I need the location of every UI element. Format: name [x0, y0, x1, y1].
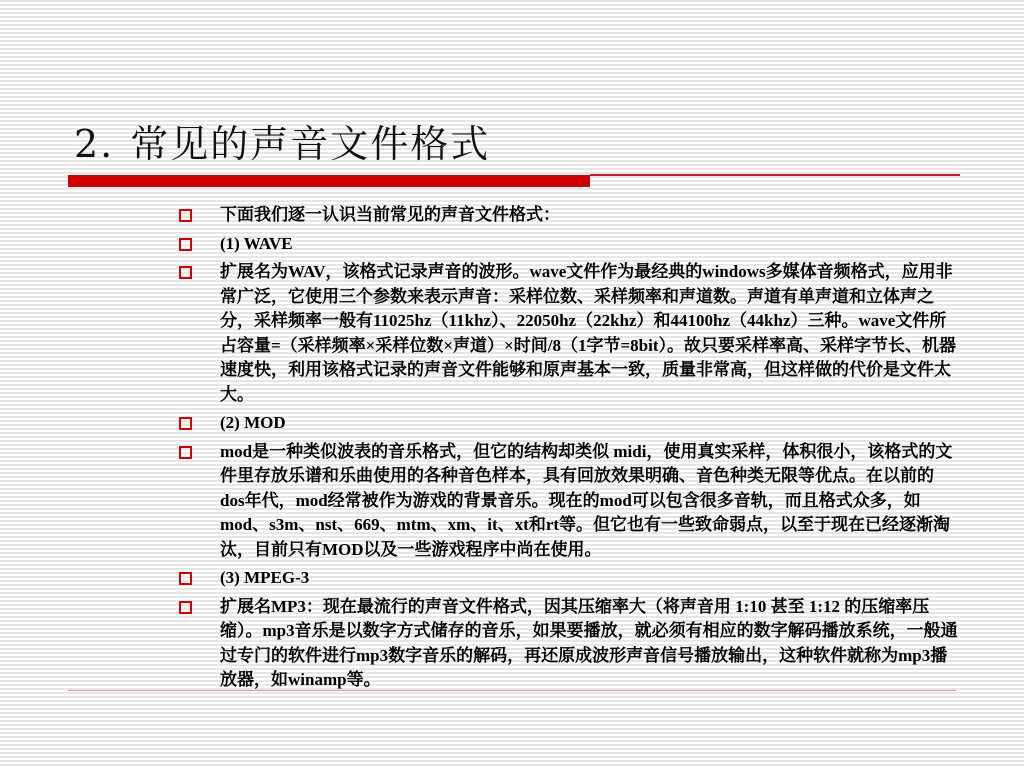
bullet-item-intro: 下面我们逐一认识当前常见的声音文件格式：: [178, 203, 958, 228]
hollow-square-bullet-icon: [179, 601, 192, 614]
bullet-item-mpeg3-heading: (3) MPEG-3: [178, 566, 958, 591]
title-number: 2.: [74, 122, 114, 166]
bullet-item-mod-heading: (2) MOD: [178, 411, 958, 436]
hollow-square-bullet-icon: [179, 446, 192, 459]
hollow-square-bullet-icon: [179, 209, 192, 222]
bullet-text: 扩展名MP3：现在最流行的声音文件格式，因其压缩率大（将声音用 1:10 甚至 …: [220, 595, 958, 693]
bullet-text: 下面我们逐一认识当前常见的声音文件格式：: [220, 203, 958, 228]
slide-title: 2.常见的声音文件格式: [74, 113, 490, 168]
title-accent-line: [590, 174, 960, 176]
hollow-square-bullet-icon: [179, 238, 192, 251]
slide: 2.常见的声音文件格式 下面我们逐一认识当前常见的声音文件格式： (1) WAV…: [0, 0, 1024, 768]
bullet-item-wave-description: 扩展名为WAV，该格式记录声音的波形。wave文件作为最经典的windows多媒…: [178, 260, 958, 407]
bullet-text: (1) WAVE: [220, 232, 958, 257]
hollow-square-bullet-icon: [179, 266, 192, 279]
title-accent-bar: [68, 175, 590, 187]
hollow-square-bullet-icon: [179, 417, 192, 430]
bullet-item-mod-description: mod是一种类似波表的音乐格式，但它的结构却类似 midi，使用真实采样，体积很…: [178, 440, 958, 563]
bullet-text: mod是一种类似波表的音乐格式，但它的结构却类似 midi，使用真实采样，体积很…: [220, 440, 958, 563]
bullet-text: (2) MOD: [220, 411, 958, 436]
bullet-text: 扩展名为WAV，该格式记录声音的波形。wave文件作为最经典的windows多媒…: [220, 260, 958, 407]
bullet-text: (3) MPEG-3: [220, 566, 958, 591]
footer-divider-line: [68, 690, 956, 691]
hollow-square-bullet-icon: [179, 572, 192, 585]
bullet-item-mpeg3-description: 扩展名MP3：现在最流行的声音文件格式，因其压缩率大（将声音用 1:10 甚至 …: [178, 595, 958, 693]
bullet-list: 下面我们逐一认识当前常见的声音文件格式： (1) WAVE 扩展名为WAV，该格…: [178, 203, 958, 697]
bullet-item-wave-heading: (1) WAVE: [178, 232, 958, 257]
title-text: 常见的声音文件格式: [130, 122, 490, 166]
